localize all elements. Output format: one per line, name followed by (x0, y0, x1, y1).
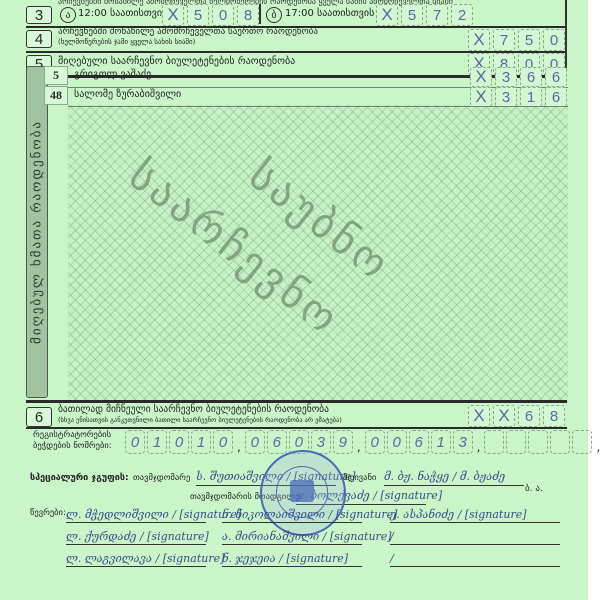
signature-line (66, 522, 206, 523)
member-signature: ლ. ლაგვილავა / [signature] (66, 552, 224, 565)
votes-hatched-area (68, 105, 568, 402)
digit-box[interactable]: 5 (518, 29, 540, 51)
digit-box[interactable]: 7 (493, 29, 515, 51)
digit-box[interactable]: X (468, 405, 490, 427)
commission-stamp (260, 450, 346, 536)
row3-divider (259, 4, 261, 24)
special-note-label: სპეციალური ჯგუფის: (30, 473, 129, 483)
row3-part-b-marker: ბ (266, 7, 282, 23)
row4-title: არჩევნებში მონაწილე ამომრჩეველთა საერთო … (58, 27, 318, 37)
row6-digits: X X 6 8 (468, 405, 565, 427)
registration-digit-box[interactable] (506, 430, 526, 454)
member-signature: ნ. ნიკოლაიშვილი / [signature] (222, 508, 397, 521)
signature-line (390, 544, 560, 545)
registration-digit-box[interactable]: 9 (333, 430, 353, 454)
row6-subtitle: (სხვა ენისათვის განკუთვნილი ბათილი საარჩ… (58, 416, 342, 424)
signature-line (390, 566, 560, 567)
digit-box[interactable]: 7 (426, 4, 448, 26)
votes-sidebar: მიღებულ ხმათა რაოდენობა (26, 66, 48, 398)
digit-box[interactable]: 3 (495, 67, 517, 87)
member-signature: ლ. ქურდაძე / [signature] (66, 530, 209, 543)
signature-line (384, 485, 524, 486)
row3-part-b-digits: X 5 7 2 (376, 4, 473, 26)
row6-number: 6 (26, 407, 52, 427)
signature-line (222, 522, 362, 523)
member-signature: ე. ასპანიძე / [signature] (390, 508, 527, 521)
digit-box[interactable]: X (470, 87, 492, 107)
signature-line (222, 544, 362, 545)
separator: , (357, 440, 361, 454)
member-signature: ა. მირიანაშვილი / [signature] (222, 530, 392, 543)
row3-part-a-marker: ა (60, 7, 76, 23)
registration-digit-box[interactable]: 1 (191, 430, 211, 454)
signature-line (222, 566, 362, 567)
member-signature: ნ. ჯეჯეია / [signature] (222, 552, 348, 565)
digit-box[interactable]: 1 (520, 87, 542, 107)
candidate-votes: X 3 6 6 (470, 67, 567, 87)
digit-box[interactable]: X (470, 67, 492, 87)
member-signature: / (390, 530, 394, 543)
candidate-divider (68, 106, 568, 107)
registration-digit-box[interactable]: 0 (213, 430, 233, 454)
digit-box[interactable]: 6 (545, 87, 567, 107)
registration-digit-box[interactable]: 6 (267, 430, 287, 454)
registration-digit-box[interactable]: 0 (387, 430, 407, 454)
separator: , (596, 440, 600, 454)
candidate-number: 48 (44, 86, 68, 105)
divider (26, 427, 567, 429)
signature-line (66, 544, 206, 545)
digit-box[interactable]: 5 (187, 4, 209, 26)
row4-subtitle: (ხელმოწერების ჯამი ყველა სახის სიაში) (58, 38, 195, 46)
signature-line (390, 522, 560, 523)
registration-number-groups: 01010,06039,00613,, (125, 430, 600, 454)
digit-box[interactable]: 5 (401, 4, 423, 26)
registration-digit-box[interactable]: 1 (147, 430, 167, 454)
row4-digits: X 7 5 0 (468, 29, 565, 51)
separator: , (477, 440, 481, 454)
candidate-votes: X 3 1 6 (470, 87, 567, 107)
page-margin (588, 0, 600, 600)
row6-title: ბათილად მიჩნეული საარჩევნო ბიულეტენების … (58, 404, 329, 415)
digit-box[interactable]: X (493, 405, 515, 427)
registration-digit-box[interactable] (572, 430, 592, 454)
digit-box[interactable]: 6 (518, 405, 540, 427)
secretary-label: მდივანი (343, 473, 376, 483)
row3-part-b-time: 17:00 საათისთვის (285, 8, 374, 19)
chair-label: თავმჯდომარე (133, 473, 190, 483)
candidate-name: გრიგოლ ვაშაძე (74, 69, 151, 80)
row3-part-a-digits: X 5 0 8 (162, 4, 259, 26)
secretary-signature: მ. ბჟ. ნაჭყე / მ. ბჟაძე (384, 470, 505, 483)
digit-box[interactable]: X (468, 29, 490, 51)
registration-digit-box[interactable] (484, 430, 504, 454)
digit-box[interactable]: 3 (495, 87, 517, 107)
digit-box[interactable]: 6 (520, 67, 542, 87)
digit-box[interactable]: 8 (237, 4, 259, 26)
registration-digit-box[interactable]: 1 (431, 430, 451, 454)
registration-group: 01010 (125, 430, 233, 454)
registration-label-line1: რეგისტრატორების (33, 430, 111, 440)
registration-digit-box[interactable] (528, 430, 548, 454)
signature-line (66, 566, 206, 567)
digit-box[interactable]: X (162, 4, 184, 26)
stamp-note: ბ. ა. (525, 484, 543, 494)
digit-box[interactable]: X (376, 4, 398, 26)
row4-number: 4 (26, 30, 52, 48)
registration-digit-box[interactable]: 0 (365, 430, 385, 454)
member-signature: / (390, 552, 394, 565)
registration-digit-box[interactable]: 3 (453, 430, 473, 454)
registration-group: 00613 (365, 430, 473, 454)
digit-box[interactable]: 2 (451, 4, 473, 26)
member-signature: ლ. მჭედლიშვილი / [signature] (66, 508, 241, 521)
registration-digit-box[interactable]: 6 (409, 430, 429, 454)
digit-box[interactable]: 0 (543, 29, 565, 51)
row3-right-border (565, 0, 567, 26)
separator: , (237, 440, 241, 454)
digit-box[interactable]: 6 (545, 67, 567, 87)
registration-digit-box[interactable]: 0 (169, 430, 189, 454)
registration-digit-box[interactable] (550, 430, 570, 454)
members-label: წევრები: (30, 508, 66, 518)
digit-box[interactable]: 0 (212, 4, 234, 26)
candidate-number: 5 (44, 66, 68, 85)
stamp-emblem-icon (290, 480, 314, 502)
row5-title: მიღებული საარჩევნო ბიულეტენების რაოდენობ… (58, 56, 295, 67)
digit-box[interactable]: 8 (543, 405, 565, 427)
candidate-name: სალომე ზურაბიშვილი (74, 89, 181, 100)
registration-group (484, 430, 592, 454)
registration-digit-box[interactable]: 0 (245, 430, 265, 454)
divider (26, 400, 567, 403)
registration-label-line2: ბეჭდების ნომრები: (33, 441, 112, 451)
row3-part-a-time: 12:00 საათისთვის (78, 8, 167, 19)
row3-number: 3 (26, 6, 52, 24)
registration-digit-box[interactable]: 0 (125, 430, 145, 454)
